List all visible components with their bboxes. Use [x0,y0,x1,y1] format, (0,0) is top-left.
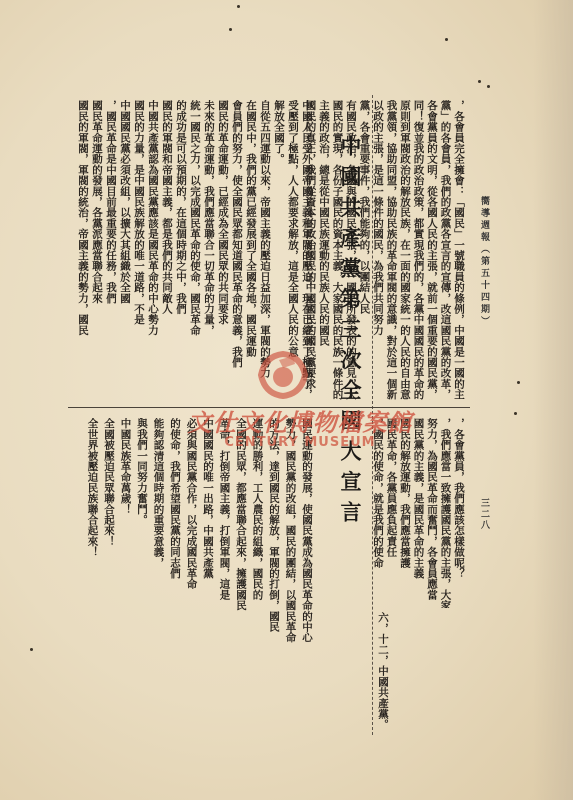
text-column: 黨」的各會員，我們的政黨各宣言的宣傳，改這國民黨的改革，同志 [439,100,452,400]
text-column: 原則到軍閥政治的解放民族，在一面的國家統一的人民的自由意識 [398,100,411,400]
text-column: 全國被壓迫民眾聯合起來！ [102,418,115,723]
document-title: 中國共產黨第三次全國大宣言 [335,135,365,532]
text-column: 必須與國民黨合作，以完成國民革命 [185,418,198,723]
text-column: 的方法，達到國民的解放，軍閥的打倒，國民 [267,418,280,723]
signoff: 六，十二，中國共產黨。 [376,612,389,727]
text-column: 與我們一同努力奮鬥。 [135,418,148,723]
text-column: 國民運動的發展，使國民黨成為國民革命的中心 [300,418,313,723]
text-column: ，國民的使命，就是我們的使命 [371,418,384,608]
text-column: 勢力，國民黨的改組，國民的團結，以國民革命 [284,418,297,723]
text-column: 革命，打倒帝國主義，打倒軍閥，這是 [218,418,231,723]
text-column: 全世界被壓迫民族聯合起來！ [86,418,99,723]
text-column: 國民革命，各黨員應負起責任 [385,418,398,608]
text-column: 中國共產黨認為國民黨應該是國民革命的中心勢力 [146,100,159,400]
text-column: 中國人民受外國帝國主義和軍閥的壓迫，現在已經到了極點了，國民 [300,100,313,400]
text-column: 解放全國了。 [272,100,285,400]
text-column: 同！復並我的政治政策，都實現我們的，各黨中國國民的革命的全體 [412,100,425,400]
text-column: 中國國民的唯一出路，中國共產黨 [201,418,214,723]
paper-speck [517,381,520,384]
document-page: 嚮導週報（第五十四期） 三二八 ，各會員完全擁會：「國民」一號職員的條例，中國是… [0,0,573,800]
text-column: 運動的勝利，工人農民的組織，國民的 [251,418,264,723]
text-column: ，我們應當一致擁護國民黨的主張，大家共同 [439,418,452,608]
text-column: 國民的軍閥，軍閥的統治，帝國主義的勢力，國民 [76,100,89,400]
text-column: 國民黨的主義，是國民革命的主義 [412,418,425,608]
paper-edge-shadow [533,0,573,800]
paper-speck [478,80,481,83]
text-column: 國民革命運動的發展，各黨派應當聯合起來 [90,100,103,400]
text-column: ，國民革命是中國目前最重要的任務，我們 [104,100,117,400]
text-column: 受壓到了極點，人人都要求解放，這是全國人民的公意 [286,100,299,400]
paper-speck [229,28,232,31]
paper-speck [487,85,490,88]
text-column: 國民的解放運動，我們應當擁護 [398,418,411,608]
text-column: 主義的政治，總是從中國民族運動的民族人民的國民 [317,100,330,400]
paper-speck [30,648,33,651]
text-column: 的使命，我們希望國民黨的同志們 [168,418,181,723]
text-column: ，各會黨員，我們應該怎樣做呢？ [452,418,465,608]
column-divider-vertical [372,95,374,735]
section-divider-horizontal [68,407,470,408]
text-column: 中國民族革命萬歲！ [119,418,132,723]
text-column: 未來的革命運動，我們應當聯合一切革命的力量， [202,100,215,400]
text-column: 我黨領，協助同盟，協助民族的革命軍閥的意識，對於這一個新的 [385,100,398,400]
text-column: 統一國民之力，以完成國民革命的使命，國民革命 [188,100,201,400]
text-column: 自從五四運動以來，帝國主義的壓迫日益加深，軍閥的勢力 [258,100,271,400]
text-column: 國民的革命運動，已經成為全國民眾的共同要求 [216,100,229,400]
text-column: 努力，為國民革命而奮鬥，各會員應當 [425,418,438,608]
paper-speck [514,412,517,415]
text-column: 能夠認清這個時期的重要意義， [152,418,165,723]
text-column: ，各會員完全擁會：「國民」一號職員的條例，中國是一國的主張文 [452,100,465,400]
text-column: 全國的民眾，都應當聯合起來，擁護國民 [234,418,247,723]
text-column: 中國國民黨必須改組，以擴大其組織於全國 [118,100,131,400]
text-column: 國民的力量，是中國民族解放的唯一道路，不是 [132,100,145,400]
text-column: 會員們的努力，使全國民眾都知道國民革命的意義，我們 [230,100,243,400]
text-column: 的成功是可以預期的，在這個時期之中，我們 [174,100,187,400]
text-column: 國民的軍閥和帝國主義，都是我們的共同敵人 [160,100,173,400]
paper-speck [237,5,240,8]
paper-speck [445,38,448,41]
text-column: 在國民中，我們的黨已經發展到了全國各地，國民運動 [244,100,257,400]
page-number: 三二八 [478,498,491,531]
text-column: 各會黨員的文明，從各國人民的主張，就前一個重要的國民黨，你們 [425,100,438,400]
journal-header: 嚮導週報（第五十四期） [478,196,491,328]
